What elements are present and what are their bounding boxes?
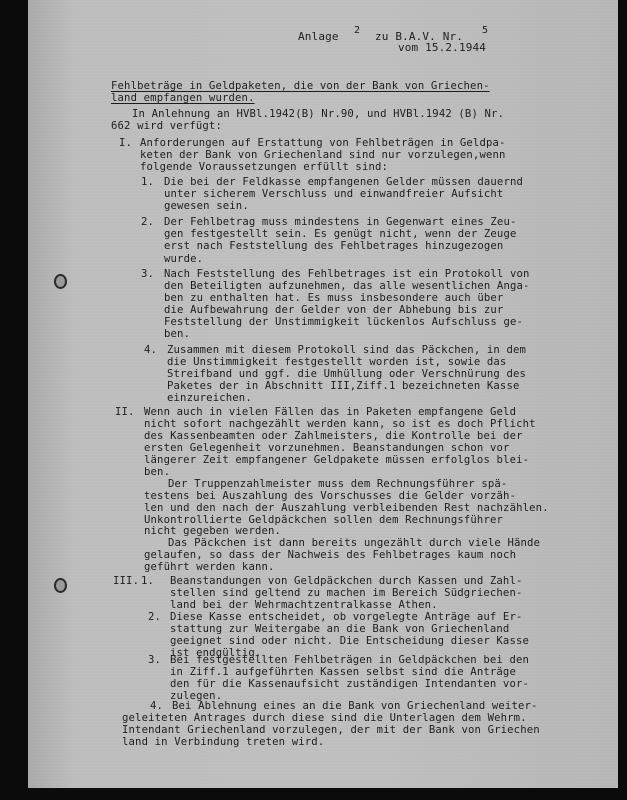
title-line: Fehlbeträge in Geldpaketen, die von der … <box>111 80 490 92</box>
intro-line: 662 wird verfügt: <box>111 120 222 132</box>
item-line: land bei der Wehrmachtzentralkasse Athen… <box>170 599 438 611</box>
item-marker: 4. <box>150 700 163 712</box>
item-line: stellen sind geltend zu machen im Bereic… <box>170 587 523 599</box>
item-line: Die bei der Feldkasse empfangenen Gelder… <box>164 176 523 188</box>
item-marker: 3. <box>148 654 161 666</box>
item-line: Intendant Griechenland vorzulegen, der m… <box>122 724 540 736</box>
section-line: Anforderungen auf Erstattung von Fehlbet… <box>140 137 506 149</box>
item-line: Paketes der in Abschnitt III,Ziff.1 beze… <box>167 380 520 392</box>
item-marker: 2. <box>148 611 161 623</box>
item-line: Diese Kasse entscheidet, ob vorgelegte A… <box>170 611 523 623</box>
section-marker: III. <box>113 575 139 587</box>
paragraph-line: gelaufen, so dass der Nachweis des Fehlb… <box>144 549 516 561</box>
section-line: keten der Bank von Griechenland sind nur… <box>140 149 506 161</box>
header-date: vom 15.2.1944 <box>398 42 486 54</box>
item-marker: 1. <box>141 575 154 587</box>
section-line: ersten Gelegenheit vorzunehmen. Beanstan… <box>144 442 510 454</box>
paragraph-line: Das Päckchen ist dann bereits ungezählt … <box>168 537 540 549</box>
paragraph-line: Der Truppenzahlmeister muss dem Rechnung… <box>168 478 507 490</box>
item-line: geleiteten Antrages durch diese sind die… <box>122 712 527 724</box>
item-line: stattung zur Weitergabe an die Bank von … <box>170 623 509 635</box>
punch-hole-lower <box>54 578 67 593</box>
item-marker: 4. <box>144 344 157 356</box>
item-marker: 3. <box>141 268 154 280</box>
paragraph-line: testens bei Auszahlung des Vorschusses d… <box>144 490 516 502</box>
item-line: land in Verbindung treten wird. <box>122 736 324 748</box>
item-line: Zusammen mit diesem Protokoll sind das P… <box>167 344 526 356</box>
item-line: den Beteiligten aufzunehmen, das alle we… <box>164 280 530 292</box>
section-marker: I. <box>119 137 132 149</box>
section-line: Wenn auch in vielen Fällen das in Pakete… <box>144 406 516 418</box>
item-line: wurde. <box>164 253 203 265</box>
item-line: in Ziff.1 aufgeführten Kassen selbst sin… <box>170 666 516 678</box>
item-line: Nach Feststellung des Fehlbetrages ist e… <box>164 268 530 280</box>
item-line: die Unstimmigkeit festgestellt worden is… <box>167 356 506 368</box>
item-line: einzureichen. <box>167 392 252 404</box>
section-marker: II. <box>115 406 135 418</box>
document-page: Anlage 2 zu B.A.V. Nr. 5 vom 15.2.1944 F… <box>28 0 618 788</box>
section-line: folgende Voraussetzungen erfüllt sind: <box>140 161 388 173</box>
item-line: Bei Ablehnung eines an die Bank von Grie… <box>172 700 538 712</box>
item-line: gen festgestellt sein. Es genügt nicht, … <box>164 228 517 240</box>
anlage-number: 2 <box>354 25 360 37</box>
item-marker: 1. <box>141 176 154 188</box>
item-marker: 2. <box>141 216 154 228</box>
item-line: geeignet sind oder nicht. Die Entscheidu… <box>170 635 529 647</box>
item-line: ben zu enthalten hat. Es muss insbesonde… <box>164 292 503 304</box>
item-line: die Aufbewahrung der Gelder von der Abhe… <box>164 304 503 316</box>
item-line: ben. <box>164 328 190 340</box>
item-line: Bei festgestellten Fehlbeträgen in Geldp… <box>170 654 529 666</box>
anlage-label: Anlage <box>298 31 339 43</box>
item-line: Der Fehlbetrag muss mindestens in Gegenw… <box>164 216 517 228</box>
section-line: längerer Zeit empfangener Geldpakete müs… <box>144 454 529 466</box>
item-line: Feststellung der Unstimmigkeit lückenlos… <box>164 316 523 328</box>
item-line: den für die Kassenaufsicht zuständigen I… <box>170 678 529 690</box>
section-line: des Kassenbeamten oder Zahlmeisters, die… <box>144 430 523 442</box>
item-line: unter sicherem Verschluss und einwandfre… <box>164 188 503 200</box>
intro-line: In Anlehnung an HVBl.1942(B) Nr.90, und … <box>132 108 504 120</box>
paragraph-line: nicht gegeben werden. <box>144 525 281 537</box>
item-line: erst nach Feststellung des Fehlbetrages … <box>164 240 503 252</box>
item-line: Beanstandungen von Geldpäckchen durch Ka… <box>170 575 523 587</box>
paragraph-line: len und den nach der Auszahlung verbleib… <box>144 502 549 514</box>
section-line: ben. <box>144 466 170 478</box>
reference-number: 5 <box>482 25 488 37</box>
item-line: gewesen sein. <box>164 200 249 212</box>
paragraph-line: geführt werden kann. <box>144 561 275 573</box>
section-line: nicht sofort nachgezählt werden kann, so… <box>144 418 536 430</box>
title-line: land empfangen wurden. <box>111 92 255 104</box>
punch-hole-upper <box>54 274 67 289</box>
item-line: Streifband und ggf. die Umhüllung oder V… <box>167 368 526 380</box>
